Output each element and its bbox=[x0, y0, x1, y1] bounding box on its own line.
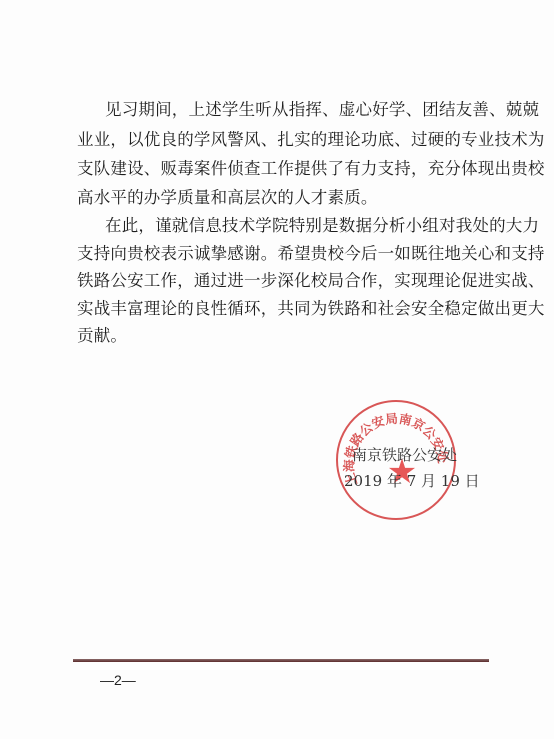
page-number: —2— bbox=[100, 670, 136, 690]
paragraph-2-line-4: 实战丰富理论的良性循环，共同为铁路和社会安全稳定做出更大 bbox=[77, 295, 481, 323]
paragraph-2-line-3: 铁路公安工作，通过进一步深化校局合作，实现理论促进实战、 bbox=[77, 267, 481, 295]
paragraph-2-line-2: 支持向贵校表示诚挚感谢。希望贵校今后一如既往地关心和支持 bbox=[77, 240, 481, 268]
footer-rule bbox=[73, 659, 489, 662]
paragraph-1-line-1: 见习期间，上述学生听从指挥、虚心好学、团结友善、兢兢 bbox=[105, 96, 481, 124]
paragraph-1-line-2: 业业，以优良的学风警风、扎实的理论功底、过硬的专业技术为 bbox=[77, 126, 481, 154]
paragraph-2-line-1: 在此，谨就信息技术学院特别是数据分析小组对我处的大力 bbox=[105, 212, 481, 240]
paragraph-1-line-4: 高水平的办学质量和高层次的人才素质。 bbox=[77, 184, 481, 212]
paragraph-1-line-3: 支队建设、贩毒案件侦查工作提供了有力支持，充分体现出贵校 bbox=[77, 155, 481, 183]
signature-organization: 南京铁路公安处 bbox=[352, 445, 457, 465]
signature-date: 2019 年 7 月 19 日 bbox=[344, 471, 480, 491]
paragraph-2-line-5: 贡献。 bbox=[77, 322, 481, 350]
